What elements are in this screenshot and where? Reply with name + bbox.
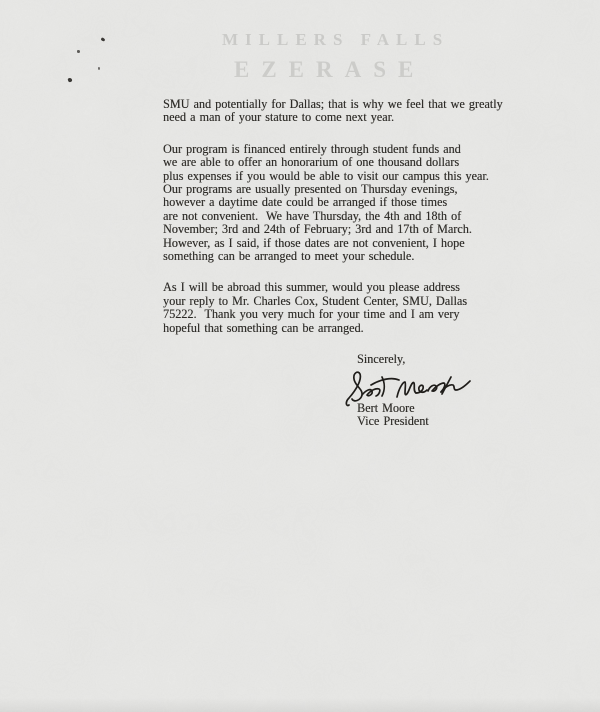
watermark-product-text: EZERASE: [234, 57, 425, 83]
watermark-brand-text: MILLERS FALLS: [222, 30, 449, 50]
paragraph-3: As I will be abroad this summer, would y…: [163, 281, 543, 335]
paragraph-2: Our program is financed entirely through…: [163, 143, 543, 264]
scanned-letter-page: MILLERS FALLS EZERASE SMU and potentiall…: [0, 0, 600, 712]
closing-salutation: Sincerely,: [357, 353, 543, 366]
signed-name: Bert Moore: [357, 402, 543, 415]
signer-title: Vice President: [357, 415, 543, 428]
scan-edge-shadow: [0, 698, 600, 712]
letter-body: SMU and potentially for Dallas; that is …: [163, 98, 543, 428]
paragraph-1: SMU and potentially for Dallas; that is …: [163, 98, 543, 125]
ink-speck: [101, 37, 106, 42]
ink-speck: [77, 50, 80, 53]
ink-speck: [98, 67, 100, 70]
closing-block: Sincerely, Bert Moore Bert Moore Vice Pr…: [357, 353, 543, 428]
ink-speck: [67, 77, 72, 82]
